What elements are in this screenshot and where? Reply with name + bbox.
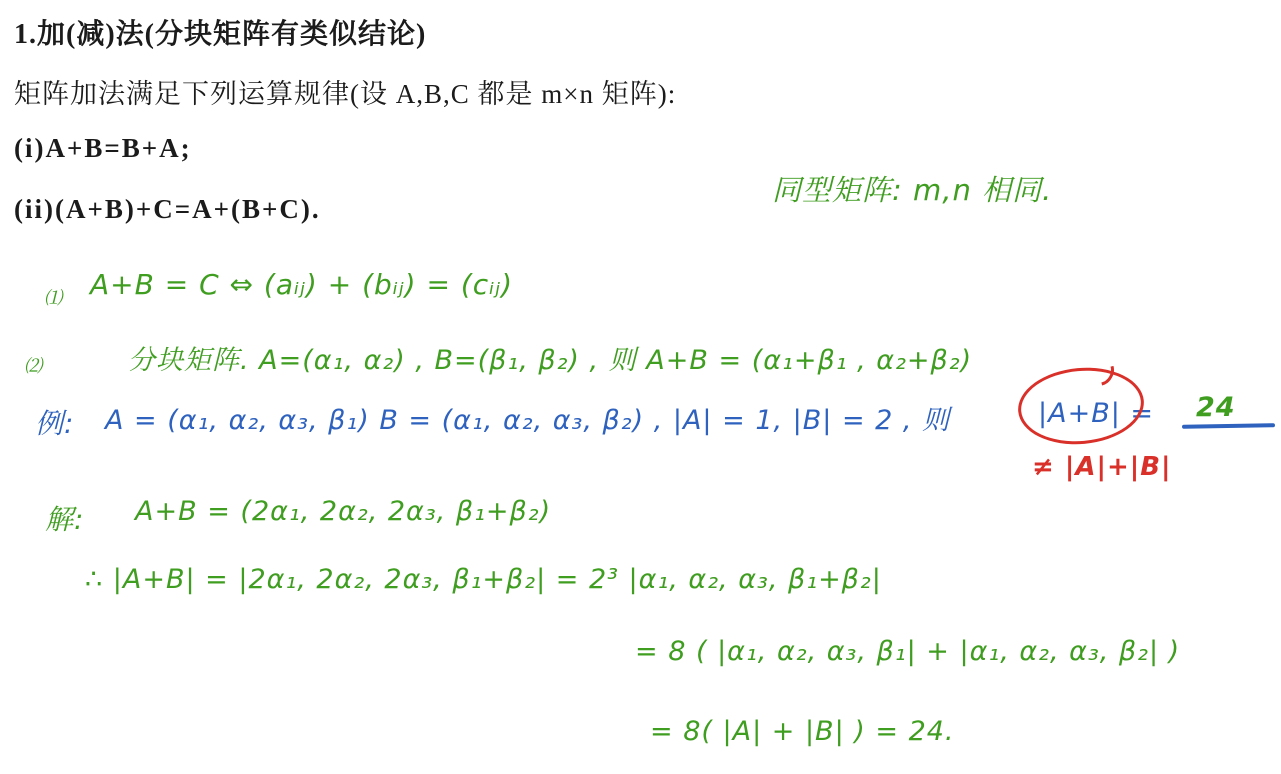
red-circle-highlight: [1015, 363, 1147, 450]
example-answer: 24: [1196, 392, 1236, 423]
example-body: A = (α₁, α₂, α₃, β₁) B = (α₁, α₂, α₃, β₂…: [105, 398, 950, 437]
not-equal-warning: ≠ |A|+|B|: [1032, 452, 1172, 482]
rule-associative: (ii)(A+B)+C=A+(B+C).: [14, 194, 321, 225]
same-type-matrix-note: 同型矩阵: m,n 相同.: [772, 168, 1052, 209]
example-label: 例:: [35, 402, 74, 442]
point1-label: ⑴: [44, 284, 63, 310]
point2-formula: 分块矩阵. A=(α₁, α₂) , B=(β₁, β₂) , 则 A+B = …: [128, 338, 972, 377]
solution-step3: = 8 ( |α₁, α₂, α₃, β₁| + |α₁, α₂, α₃, β₂…: [635, 636, 1180, 667]
solution-step4: = 8( |A| + |B| ) = 24.: [650, 716, 955, 747]
point2-label: ⑵: [24, 352, 43, 378]
intro-sentence: 矩阵加法满足下列运算规律(设 A,B,C 都是 m×n 矩阵):: [14, 72, 676, 111]
point1-formula: A+B = C ⇔ (aᵢⱼ) + (bᵢⱼ) = (cᵢⱼ): [90, 268, 513, 301]
solution-step1: A+B = (2α₁, 2α₂, 2α₃, β₁+β₂): [135, 496, 551, 527]
section-title: 1.加(减)法(分块矩阵有类似结论): [14, 12, 426, 52]
rule-commutative: (i)A+B=B+A;: [14, 133, 192, 164]
solution-label: 解:: [45, 498, 84, 538]
solution-step2: ∴ |A+B| = |2α₁, 2α₂, 2α₃, β₁+β₂| = 2³ |α…: [85, 564, 882, 595]
lecture-slide: 1.加(减)法(分块矩阵有类似结论) 矩阵加法满足下列运算规律(设 A,B,C …: [0, 0, 1281, 774]
answer-underline: [1182, 423, 1275, 429]
